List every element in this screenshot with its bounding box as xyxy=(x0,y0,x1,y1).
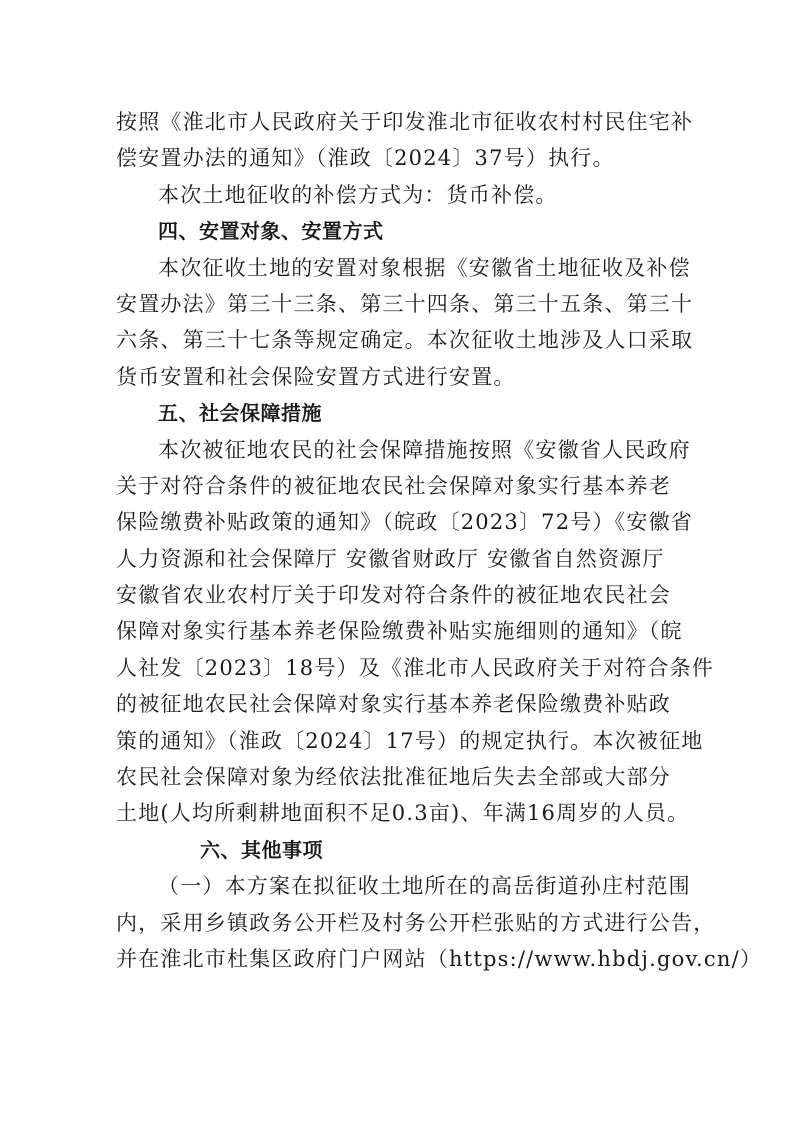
section-heading-6: 六、其他事项 xyxy=(116,832,688,868)
section-heading-4: 四、安置对象、安置方式 xyxy=(116,213,688,249)
body-line: 人力资源和社会保障厅 安徽省财政厅 安徽省自然资源厅 xyxy=(116,541,688,577)
body-line: 货币安置和社会保险安置方式进行安置。 xyxy=(116,359,688,395)
body-line: 保障对象实行基本养老保险缴费补贴实施细则的通知》（皖 xyxy=(116,613,688,649)
body-line: 并在淮北市杜集区政府门户网站（https://www.hbdj.gov.cn/） xyxy=(116,941,688,977)
body-line: 人社发〔2023〕18号）及《淮北市人民政府关于对符合条件 xyxy=(116,650,688,686)
body-line: 土地(人均所剩耕地面积不足0.3亩)、年满16周岁的人员。 xyxy=(116,795,688,831)
body-line: 关于对符合条件的被征地农民社会保障对象实行基本养老 xyxy=(116,468,688,504)
body-line: 本次土地征收的补偿方式为：货币补偿。 xyxy=(116,177,688,213)
body-line: 本次被征地农民的社会保障措施按照《安徽省人民政府 xyxy=(116,432,688,468)
body-line: （一）本方案在拟征收土地所在的高岳街道孙庄村范围 xyxy=(116,868,688,904)
body-line: 安置办法》第三十三条、第三十四条、第三十五条、第三十 xyxy=(116,286,688,322)
body-line: 安徽省农业农村厅关于印发对符合条件的被征地农民社会 xyxy=(116,577,688,613)
body-line: 农民社会保障对象为经依法批准征地后失去全部或大部分 xyxy=(116,759,688,795)
body-line: 本次征收土地的安置对象根据《安徽省土地征收及补偿 xyxy=(116,250,688,286)
section-heading-5: 五、社会保障措施 xyxy=(116,395,688,431)
body-line: 的被征地农民社会保障对象实行基本养老保险缴费补贴政 xyxy=(116,686,688,722)
body-line: 按照《淮北市人民政府关于印发淮北市征收农村村民住宅补 xyxy=(116,104,688,140)
body-line: 策的通知》（淮政〔2024〕17号）的规定执行。本次被征地 xyxy=(116,723,688,759)
body-line: 偿安置办法的通知》（淮政〔2024〕37号）执行。 xyxy=(116,140,688,176)
document-page: 按照《淮北市人民政府关于印发淮北市征收农村村民住宅补 偿安置办法的通知》（淮政〔… xyxy=(116,104,688,977)
body-line: 保险缴费补贴政策的通知》（皖政〔2023〕72号）《安徽省 xyxy=(116,504,688,540)
body-line: 六条、第三十七条等规定确定。本次征收土地涉及人口采取 xyxy=(116,322,688,358)
body-line: 内，采用乡镇政务公开栏及村务公开栏张贴的方式进行公告， xyxy=(116,905,688,941)
